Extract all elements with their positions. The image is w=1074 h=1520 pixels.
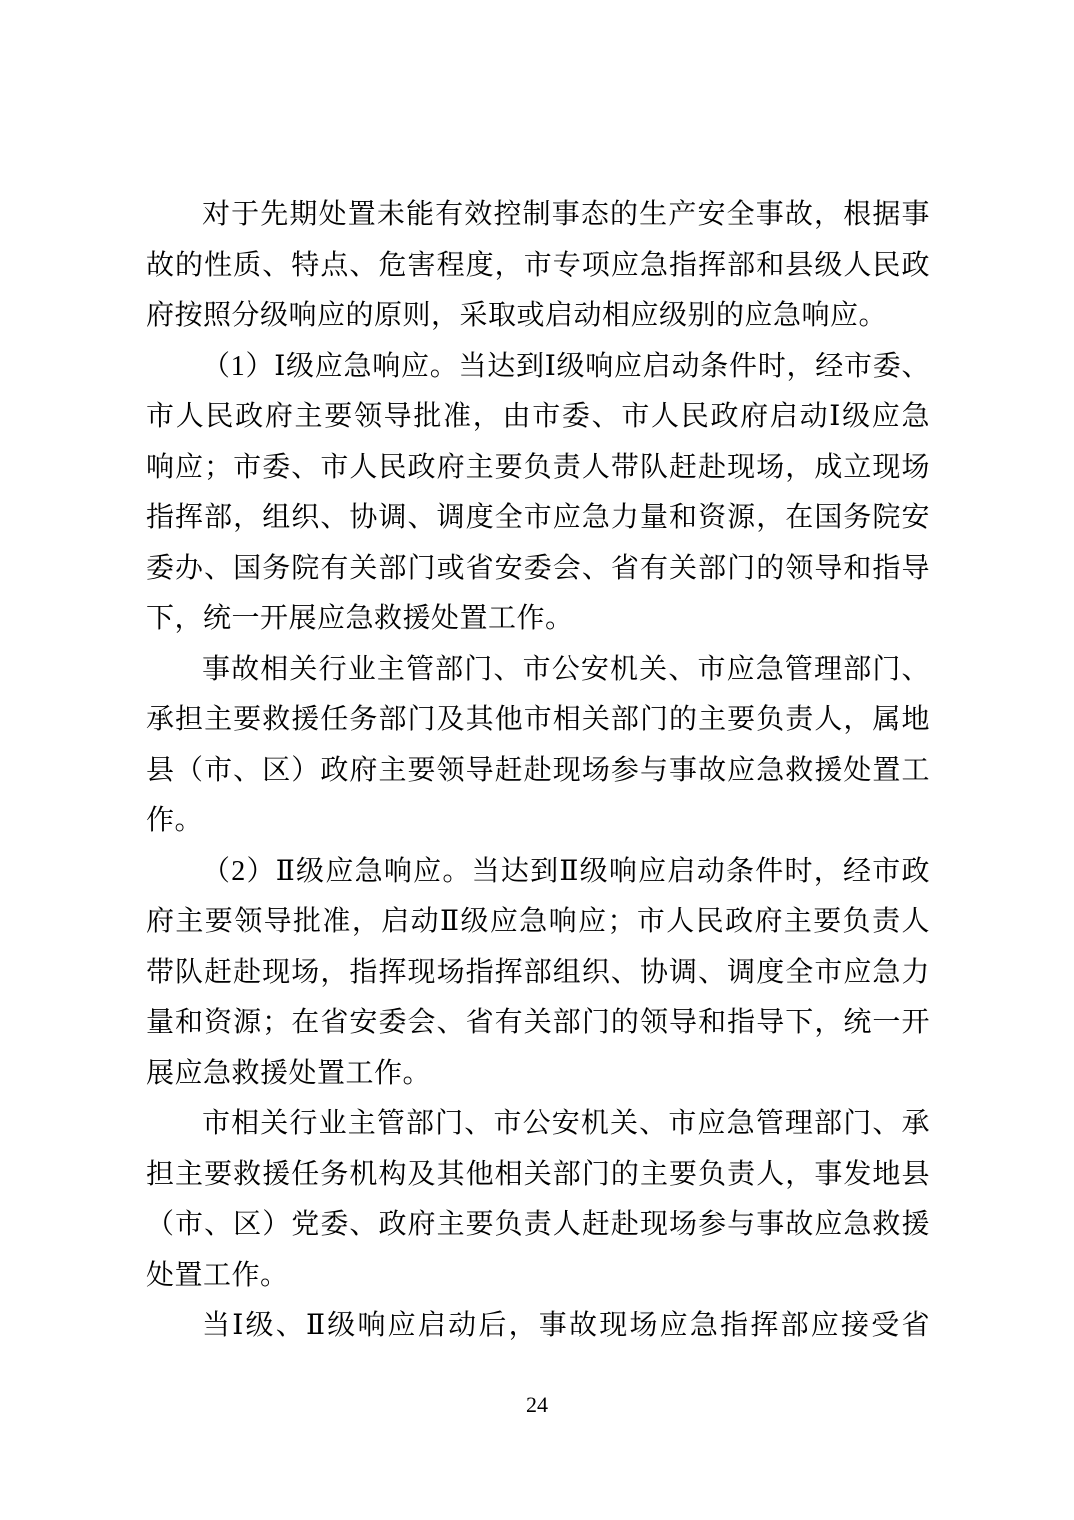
- text-line: 当Ⅰ级、Ⅱ级响应启动后，事故现场应急指挥部应接受省: [146, 1301, 930, 1352]
- text-line: 市人民政府主要领导批准，由市委、市人民政府启动Ⅰ级应急: [146, 392, 930, 443]
- page-number: 24: [0, 1392, 1074, 1418]
- text-line: 量和资源；在省安委会、省有关部门的领导和指导下，统一开: [146, 998, 930, 1049]
- text-line: 委办、国务院有关部门或省安委会、省有关部门的领导和指导: [146, 544, 930, 595]
- text-line: 对于先期处置未能有效控制事态的生产安全事故，根据事: [146, 190, 930, 241]
- text-line: 处置工作。: [146, 1251, 930, 1302]
- text-line: 事故相关行业主管部门、市公安机关、市应急管理部门、: [146, 645, 930, 696]
- text-line: 下，统一开展应急救援处置工作。: [146, 594, 930, 645]
- text-line: （1）Ⅰ级应急响应。当达到Ⅰ级响应启动条件时，经市委、: [146, 342, 930, 393]
- text-line: （2）Ⅱ级应急响应。当达到Ⅱ级响应启动条件时，经市政: [146, 847, 930, 898]
- text-line: 故的性质、特点、危害程度，市专项应急指挥部和县级人民政: [146, 241, 930, 292]
- text-line: 府主要领导批准，启动Ⅱ级应急响应；市人民政府主要负责人: [146, 897, 930, 948]
- text-line: 府按照分级响应的原则，采取或启动相应级别的应急响应。: [146, 291, 930, 342]
- paragraph: 当Ⅰ级、Ⅱ级响应启动后，事故现场应急指挥部应接受省: [146, 1301, 930, 1352]
- paragraph: 事故相关行业主管部门、市公安机关、市应急管理部门、 承担主要救援任务部门及其他市…: [146, 645, 930, 847]
- text-line: 作。: [146, 796, 930, 847]
- document-page: 对于先期处置未能有效控制事态的生产安全事故，根据事 故的性质、特点、危害程度，市…: [0, 0, 1074, 1520]
- paragraph: （1）Ⅰ级应急响应。当达到Ⅰ级响应启动条件时，经市委、 市人民政府主要领导批准，…: [146, 342, 930, 645]
- text-line: 指挥部，组织、协调、调度全市应急力量和资源，在国务院安: [146, 493, 930, 544]
- paragraph: （2）Ⅱ级应急响应。当达到Ⅱ级响应启动条件时，经市政 府主要领导批准，启动Ⅱ级应…: [146, 847, 930, 1100]
- text-line: 带队赶赴现场，指挥现场指挥部组织、协调、调度全市应急力: [146, 948, 930, 999]
- text-line: 市相关行业主管部门、市公安机关、市应急管理部门、承: [146, 1099, 930, 1150]
- paragraph: 对于先期处置未能有效控制事态的生产安全事故，根据事 故的性质、特点、危害程度，市…: [146, 190, 930, 342]
- text-line: 承担主要救援任务部门及其他市相关部门的主要负责人，属地: [146, 695, 930, 746]
- text-line: 担主要救援任务机构及其他相关部门的主要负责人，事发地县: [146, 1150, 930, 1201]
- text-line: 响应；市委、市人民政府主要负责人带队赶赴现场，成立现场: [146, 443, 930, 494]
- text-line: （市、区）党委、政府主要负责人赶赴现场参与事故应急救援: [146, 1200, 930, 1251]
- text-line: 县（市、区）政府主要领导赶赴现场参与事故应急救援处置工: [146, 746, 930, 797]
- document-body: 对于先期处置未能有效控制事态的生产安全事故，根据事 故的性质、特点、危害程度，市…: [146, 190, 930, 1352]
- text-line: 展应急救援处置工作。: [146, 1049, 930, 1100]
- paragraph: 市相关行业主管部门、市公安机关、市应急管理部门、承 担主要救援任务机构及其他相关…: [146, 1099, 930, 1301]
